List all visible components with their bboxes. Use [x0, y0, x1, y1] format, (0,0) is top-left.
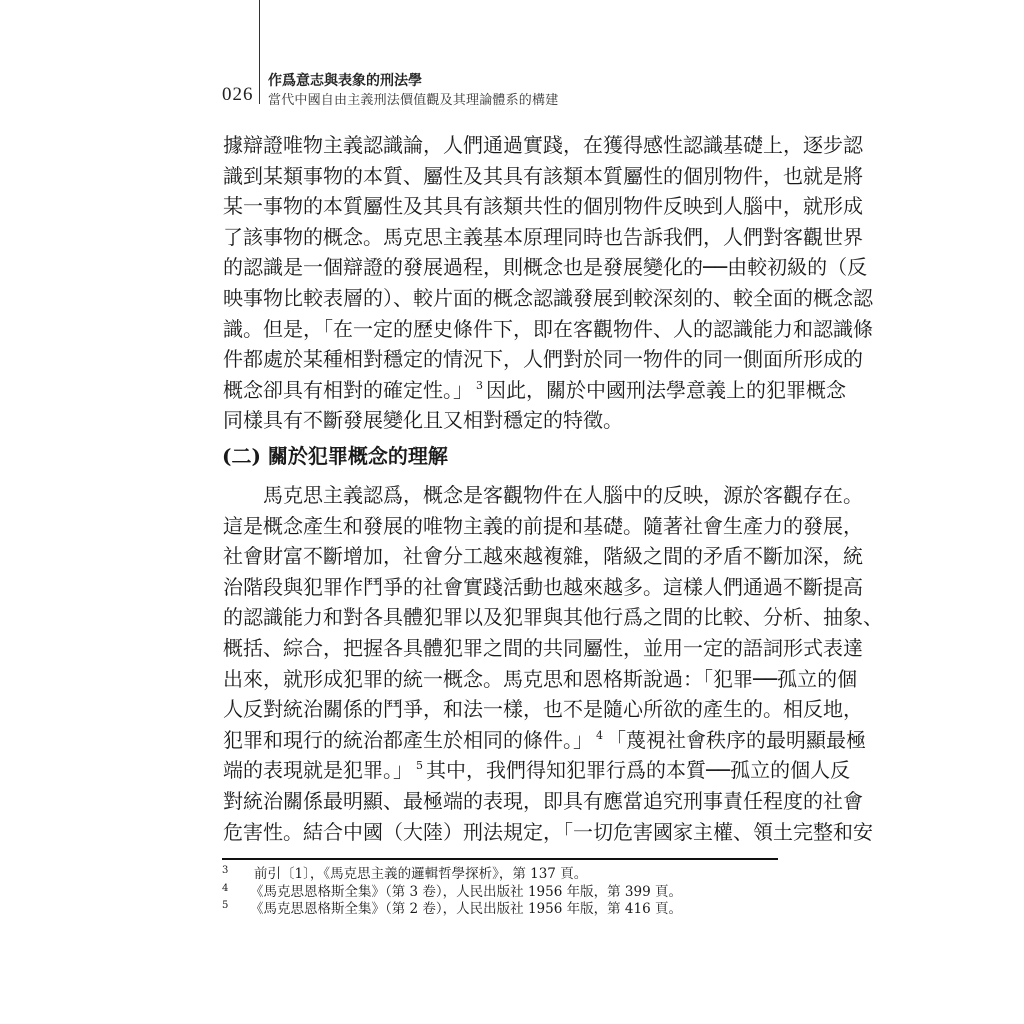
text-line: 這是概念產生和發展的唯物主義的前提和基礎。隨著社會生產力的發展， [223, 511, 779, 542]
text-segment: 概念卻具有相對的確定性。」 [223, 378, 473, 402]
header-vertical-rule [259, 0, 260, 104]
text-line: 同樣具有不斷發展變化且又相對穩定的特徵。 [223, 405, 779, 436]
footnote-5: 5 《馬克思恩格斯全集》（第 2 卷），人民出版社 1956 年版，第 416 … [222, 901, 778, 919]
text-line: 治階段與犯罪作鬥爭的社會實踐活動也越來越多。這樣人們通過不斷提高 [223, 572, 779, 603]
text-line: 的認識能力和對各具體犯罪以及犯罪與其他行爲之間的比較、分析、抽象、 [223, 602, 779, 633]
text-line: 人反對統治關係的鬥爭，和法一樣，也不是隨心所欲的產生的。相反地， [223, 694, 779, 725]
paragraph-1: 據辯證唯物主義認識論，人們通過實踐，在獲得感性認識基礎上，逐步認 識到某類事物的… [223, 130, 779, 436]
text-line: 的認識是一個辯證的發展過程，則概念也是發展變化的──由較初級的（反 [223, 252, 779, 283]
footnote-ref-3[interactable]: 3 [476, 379, 483, 392]
footnote-text: 前引〔1〕，《馬克思主義的邏輯哲學探析》，第 137 頁。 [254, 866, 587, 884]
footnote-text: 《馬克思恩格斯全集》（第 2 卷），人民出版社 1956 年版，第 416 頁。 [250, 901, 682, 919]
text-segment: 犯罪和現行的統治都產生於相同的條件。」 [223, 728, 593, 752]
footnote-4: 4 《馬克思恩格斯全集》（第 3 卷），人民出版社 1956 年版，第 399 … [222, 884, 778, 902]
text-line: 件都處於某種相對穩定的情況下，人們對於同一物件的同一側面所形成的 [223, 344, 779, 375]
footnote-ref-4[interactable]: 4 [596, 729, 603, 742]
text-line: 端的表現就是犯罪。」5其中，我們得知犯罪行爲的本質──孤立的個人反 [223, 755, 779, 786]
footnote-3: 3 前引〔1〕，《馬克思主義的邏輯哲學探析》，第 137 頁。 [222, 866, 778, 884]
text-line: 映事物比較表層的）、較片面的概念認識發展到較深刻的、較全面的概念認 [223, 283, 779, 314]
text-line: 對統治關係最明顯、最極端的表現，即具有應當追究刑事責任程度的社會 [223, 786, 779, 817]
footnote-text: 《馬克思恩格斯全集》（第 3 卷），人民出版社 1956 年版，第 399 頁。 [250, 884, 682, 902]
text-line: 危害性。結合中國（大陸）刑法規定，「一切危害國家主權、領土完整和安 [223, 817, 779, 848]
text-line: 識。但是，「在一定的歷史條件下，即在客觀物件、人的認識能力和認識條 [223, 314, 779, 345]
text-segment: 端的表現就是犯罪。」 [223, 758, 413, 782]
text-line: 出來，就形成犯罪的統一概念。馬克思和恩格斯說過：「犯罪──孤立的個 [223, 664, 779, 695]
text-line: 識到某類事物的本質、屬性及其具有該類本質屬性的個別物件，也就是將 [223, 161, 779, 192]
text-line: 馬克思主義認爲，概念是客觀物件在人腦中的反映，源於客觀存在。 [223, 480, 779, 511]
text-segment: 因此，關於中國刑法學意義上的犯罪概念 [486, 378, 846, 402]
running-header-subtitle: 當代中國自由主義刑法價值觀及其理論體系的構建 [268, 89, 558, 108]
footnote-number: 4 [222, 880, 228, 898]
text-line: 某一事物的本質屬性及其具有該類共性的個別物件反映到人腦中，就形成 [223, 191, 779, 222]
text-line: 了該事物的概念。馬克思主義基本原理同時也告訴我們，人們對客觀世界 [223, 222, 779, 253]
text-segment: 「蔑視社會秩序的最明顯最極 [606, 728, 866, 752]
page-number: 026 [222, 84, 254, 106]
text-segment: 其中，我們得知犯罪行爲的本質──孤立的個人反 [426, 758, 850, 782]
footnotes: 3 前引〔1〕，《馬克思主義的邏輯哲學探析》，第 137 頁。 4 《馬克思恩格… [222, 866, 778, 919]
text-line: 概念卻具有相對的確定性。」3因此，關於中國刑法學意義上的犯罪概念 [223, 375, 779, 406]
footnote-divider [222, 858, 778, 860]
footnote-ref-5[interactable]: 5 [416, 759, 423, 772]
text-line: 社會財富不斷增加，社會分工越來越複雜，階級之間的矛盾不斷加深，統 [223, 541, 779, 572]
text-line: 犯罪和現行的統治都產生於相同的條件。」4「蔑視社會秩序的最明顯最極 [223, 725, 779, 756]
running-header-title: 作爲意志與表象的刑法學 [268, 70, 422, 90]
footnote-number: 5 [222, 897, 228, 915]
footnote-number: 3 [222, 862, 228, 880]
text-line: 概括、綜合，把握各具體犯罪之間的共同屬性，並用一定的語詞形式表達 [223, 633, 779, 664]
paragraph-2: 馬克思主義認爲，概念是客觀物件在人腦中的反映，源於客觀存在。 這是概念產生和發展… [223, 480, 779, 847]
text-line: 據辯證唯物主義認識論，人們通過實踐，在獲得感性認識基礎上，逐步認 [223, 130, 779, 161]
section-heading: (二) 關於犯罪概念的理解 [222, 440, 448, 469]
